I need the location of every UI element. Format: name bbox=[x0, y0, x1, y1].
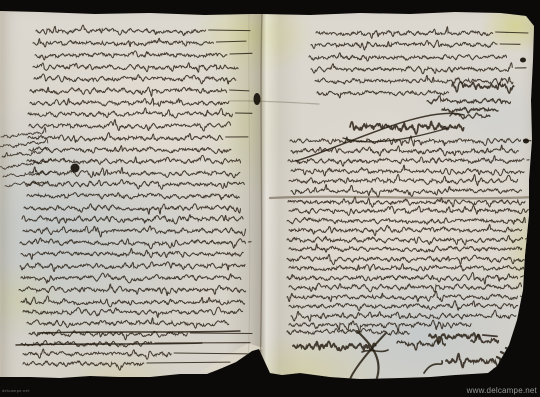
ink-blot bbox=[254, 93, 261, 105]
handwriting-line bbox=[21, 273, 241, 283]
handwriting-line bbox=[316, 27, 528, 39]
handwriting-line bbox=[315, 75, 513, 84]
handwriting-line bbox=[34, 74, 236, 84]
handwriting-line bbox=[33, 38, 246, 47]
strikethrough-stroke bbox=[16, 343, 202, 345]
flourish-stroke bbox=[497, 357, 523, 371]
handwriting-line bbox=[289, 320, 471, 332]
handwriting-line bbox=[27, 318, 229, 328]
flourish-stroke bbox=[296, 113, 464, 161]
handwriting-line bbox=[28, 108, 252, 118]
flourish-stroke bbox=[357, 331, 379, 381]
signature-stroke bbox=[293, 341, 376, 350]
crease-line bbox=[229, 101, 319, 104]
flourish-stroke bbox=[350, 333, 386, 379]
flourish-stroke bbox=[424, 361, 442, 373]
handwriting-line bbox=[26, 180, 244, 190]
handwriting-line bbox=[289, 224, 522, 235]
handwriting-line bbox=[29, 146, 231, 154]
handwriting-line bbox=[291, 165, 524, 176]
handwriting-line bbox=[289, 244, 522, 252]
ink-blot bbox=[71, 164, 80, 173]
handwriting-line bbox=[291, 184, 522, 197]
handwriting-line bbox=[22, 215, 243, 224]
handwriting-line bbox=[20, 238, 251, 249]
handwriting-line bbox=[311, 63, 526, 74]
handwriting-line bbox=[28, 133, 248, 143]
handwriting-line bbox=[291, 310, 516, 321]
handwriting-line bbox=[289, 301, 518, 311]
handwriting-line bbox=[289, 206, 529, 216]
attestation-line bbox=[442, 107, 498, 112]
handwriting-line bbox=[309, 53, 507, 61]
handwriting-line bbox=[24, 204, 241, 214]
handwriting-line bbox=[289, 174, 518, 185]
flourish-stroke bbox=[494, 369, 516, 373]
handwriting-line bbox=[30, 87, 249, 96]
handwriting-line bbox=[317, 90, 449, 98]
handwriting-line bbox=[21, 296, 245, 307]
handwriting-line bbox=[288, 156, 529, 166]
handwriting-line bbox=[287, 217, 525, 224]
handwriting-line bbox=[19, 284, 246, 295]
crease-line bbox=[248, 14, 250, 370]
ink-blot bbox=[523, 139, 529, 144]
handwriting-line bbox=[287, 272, 524, 284]
handwriting-line bbox=[23, 226, 246, 237]
flourish-stroke bbox=[362, 350, 388, 352]
manuscript-paper bbox=[0, 0, 540, 397]
ink-blot bbox=[520, 58, 526, 63]
handwriting-layer bbox=[0, 0, 540, 397]
handwriting-line bbox=[35, 51, 252, 60]
marginalia-line bbox=[0, 139, 48, 148]
attestation-line bbox=[427, 96, 511, 104]
flourish-stroke bbox=[506, 348, 530, 362]
handwriting-line bbox=[27, 193, 239, 200]
handwriting-line bbox=[29, 167, 240, 178]
handwriting-line bbox=[23, 307, 243, 317]
handwriting-line bbox=[30, 98, 229, 106]
handwriting-line bbox=[289, 283, 521, 292]
handwriting-line bbox=[21, 248, 243, 259]
watermark-small: delcampe.net bbox=[2, 388, 30, 393]
handwriting-line bbox=[20, 262, 245, 272]
handwriting-line bbox=[287, 291, 522, 301]
crease-line bbox=[270, 197, 535, 199]
handwriting-line bbox=[29, 120, 231, 131]
handwriting-line bbox=[311, 40, 520, 50]
handwriting-line bbox=[36, 25, 250, 36]
flourish-stroke bbox=[501, 352, 527, 366]
handwriting-line bbox=[287, 236, 528, 245]
handwriting-line bbox=[23, 349, 249, 359]
signature-stroke bbox=[446, 354, 500, 368]
marginalia-line bbox=[2, 148, 50, 157]
watermark-url: www.delcampe.net bbox=[467, 386, 537, 395]
crease-line bbox=[260, 14, 262, 371]
handwriting-line bbox=[23, 361, 230, 370]
handwriting-line bbox=[27, 155, 241, 164]
handwriting-line bbox=[33, 63, 238, 72]
manuscript-photo: delcampe.net www.delcampe.net bbox=[0, 0, 540, 397]
handwriting-line bbox=[289, 264, 524, 271]
handwriting-line bbox=[287, 254, 524, 264]
